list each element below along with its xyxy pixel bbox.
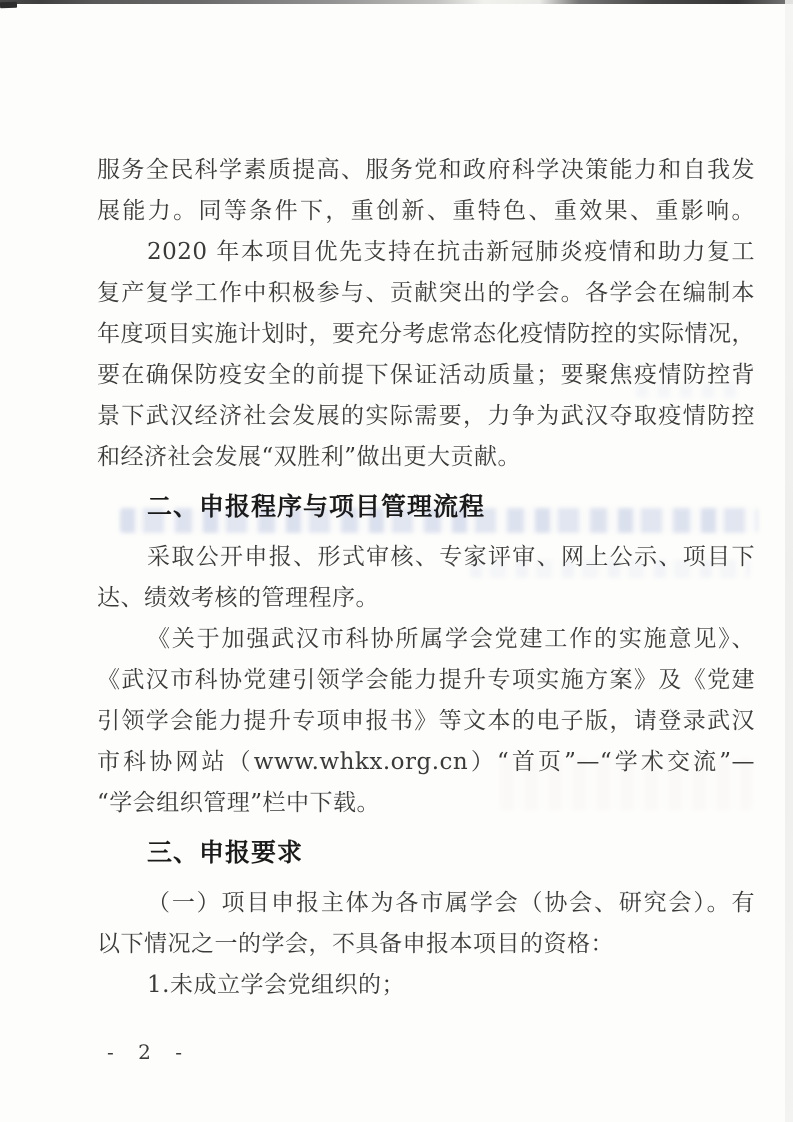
text-line: （一）项目申报主体为各市属学会（协会、研究会）。有	[97, 883, 755, 924]
text-line: 采取公开申报、形式审核、专家评审、网上公示、项目下	[97, 537, 755, 578]
text-line: 展能力。同等条件下，重创新、重特色、重效果、重影响。	[97, 191, 755, 232]
text-line: 《武汉市科协党建引领学会能力提升专项实施方案》及《党建	[97, 660, 755, 701]
scanned-document-page: 服务全民科学素质提高、服务党和政府科学决策能力和自我发展能力。同等条件下，重创新…	[0, 0, 793, 1122]
text-line: 年度项目实施计划时，要充分考虑常态化疫情防控的实际情况，	[97, 314, 755, 355]
text-line: 引领学会能力提升专项申报书》等文本的电子版，请登录武汉	[97, 701, 755, 742]
text-line: 2020 年本项目优先支持在抗击新冠肺炎疫情和助力复工	[97, 232, 755, 273]
document-text: 服务全民科学素质提高、服务党和政府科学决策能力和自我发展能力。同等条件下，重创新…	[97, 150, 755, 1006]
text-line: 复产复学工作中积极参与、贡献突出的学会。各学会在编制本	[97, 273, 755, 314]
text-line: 和经济社会发展“双胜利”做出更大贡献。	[97, 437, 755, 478]
text-line: 《关于加强武汉市科协所属学会党建工作的实施意见》、	[97, 619, 755, 660]
text-line: 以下情况之一的学会，不具备申报本项目的资格：	[97, 924, 755, 965]
section-heading: 二、申报程序与项目管理流程	[97, 486, 755, 527]
text-line: 服务全民科学素质提高、服务党和政府科学决策能力和自我发	[97, 150, 755, 191]
text-line: 景下武汉经济社会发展的实际需要，力争为武汉夺取疫情防控	[97, 396, 755, 437]
text-line: 1.未成立学会党组织的；	[97, 965, 755, 1006]
scan-edge-artifact	[0, 0, 793, 4]
text-line: “学会组织管理”栏中下载。	[97, 783, 755, 824]
text-line: 市科协网站（www.whkx.org.cn）“首页”—“学术交流”—	[97, 742, 755, 783]
page-number: - 2 -	[107, 1040, 191, 1064]
text-line: 达、绩效考核的管理程序。	[97, 578, 755, 619]
scan-right-shadow	[785, 0, 793, 1122]
text-line: 要在确保防疫安全的前提下保证活动质量；要聚焦疫情防控背	[97, 355, 755, 396]
section-heading: 三、申报要求	[97, 832, 755, 873]
scan-corner-artifact	[0, 2, 17, 9]
